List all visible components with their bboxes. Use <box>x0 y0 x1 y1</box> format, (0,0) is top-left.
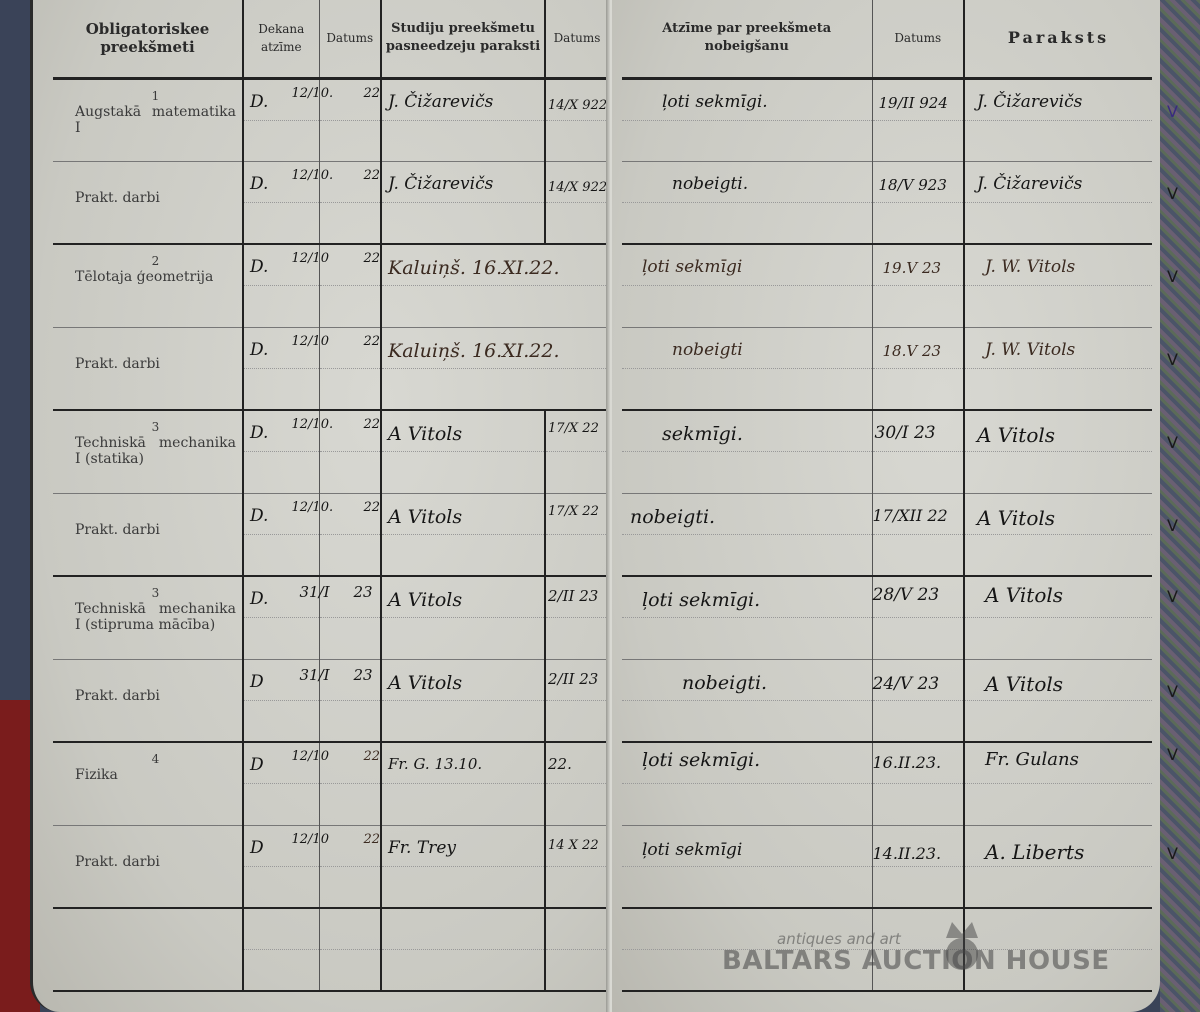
table-row: 3Techniskā mechanika I (statika) D. 12/1… <box>53 410 608 493</box>
dean-mark: D. <box>250 174 268 194</box>
signature-date: 17/X 22 <box>548 421 599 436</box>
signature-date: 14/X 922 <box>548 180 607 195</box>
signature-date: 14 X 22 <box>548 838 599 853</box>
subject-name: Prakt. darbi <box>53 659 243 742</box>
table-row: 4Fizika D 12/1022 Fr. G. 13.10. 22. <box>53 742 608 825</box>
completion-mark: ļoti sekmīgi <box>642 257 742 277</box>
header-date-2: Datums <box>545 0 608 78</box>
checkmark-icon: V <box>1167 844 1178 863</box>
checkmark-icon: V <box>1167 745 1178 764</box>
dean-mark: D. <box>250 340 268 360</box>
completion-mark: ļoti sekmīgi. <box>642 589 760 611</box>
table-row: sekmīgi. 30/I 23 A VitolsV <box>622 410 1152 493</box>
dean-date: 12/10 <box>292 832 329 847</box>
completion-date: 16.II.23. <box>873 753 942 772</box>
teacher-signature: A Vitols <box>388 506 462 528</box>
dean-date: 12/10. <box>292 500 334 515</box>
checkmark-icon: V <box>1167 102 1178 121</box>
completion-date: 18/V 923 <box>879 176 947 194</box>
header-signature: Paraksts <box>964 0 1152 78</box>
table-row: Prakt. darbi D. 12/10.22 J. Čižarevičs 1… <box>53 161 608 244</box>
teacher-signature: A Vitols <box>388 672 462 694</box>
header-date: Datums <box>872 0 964 78</box>
completion-mark: nobeigti. <box>630 506 715 528</box>
subject-name: Techniskā mechanika I (statika) <box>75 435 236 467</box>
checkmark-icon: V <box>1167 184 1178 203</box>
checkmark-icon: V <box>1167 350 1178 369</box>
examiner-signature: A Vitols <box>985 583 1063 607</box>
subject-name: Techniskā mechanika I (stipruma mācība) <box>75 601 236 633</box>
header-subjects: Obligatoriskee preekšmeti <box>53 0 243 78</box>
completion-mark: nobeigti <box>672 340 743 360</box>
auction-house-watermark: antiques and art BALTARS AUCTION HOUSE <box>722 930 1122 976</box>
completion-mark: ļoti sekmīgi <box>642 840 742 860</box>
crown-logo-icon <box>940 916 984 976</box>
subject-name: Augstakā matematika I <box>75 104 236 136</box>
dean-date: 12/10. <box>292 86 334 101</box>
teacher-signature: Kaluiņš. 16.XI.22. <box>388 340 559 362</box>
header-dean-mark: Dekana atzīme <box>243 0 319 78</box>
table-row: ļoti sekmīgi. 16.II.23. Fr. GulansV <box>622 742 1152 825</box>
teacher-signature: A Vitols <box>388 423 462 445</box>
examiner-signature: A Vitols <box>977 423 1055 447</box>
examiner-signature: J. W. Vitols <box>985 257 1075 277</box>
subject-name: Tēlotaja ģeometrija <box>75 269 236 285</box>
teacher-signature: Kaluiņš. 16.XI.22. <box>388 257 559 279</box>
header-completion-mark: Atzīme par preekšmeta nobeigšanu <box>622 0 872 78</box>
table-row: 3Techniskā mechanika I (stipruma mācība)… <box>53 576 608 659</box>
dean-date: 12/10. <box>292 168 334 183</box>
header-teacher-signatures: Studiju preekšmetu pasneedzeju paraksti <box>381 0 545 78</box>
teacher-signature: Fr. G. 13.10. <box>388 755 482 773</box>
examiner-signature: A Vitols <box>985 672 1063 696</box>
table-row: Prakt. darbi D. 12/1022 Kaluiņš. 16.XI.2… <box>53 327 608 410</box>
dean-mark: D <box>250 755 264 775</box>
subject-cell: 1Augstakā matematika I <box>53 78 243 161</box>
subject-name: Prakt. darbi <box>53 161 243 244</box>
table-row: ļoti sekmīgi. 19/II 924 J. ČižarevičsV <box>622 78 1152 161</box>
table-row: ļoti sekmīgi 19.V 23 J. W. VitolsV <box>622 244 1152 327</box>
header-date-1: Datums <box>319 0 381 78</box>
completion-date: 19.V 23 <box>883 259 942 277</box>
completion-date: 30/I 23 <box>875 423 936 443</box>
checkmark-icon: V <box>1167 433 1178 452</box>
table-row: nobeigti 18.V 23 J. W. VitolsV <box>622 327 1152 410</box>
table-row: ļoti sekmīgi 14.II.23. A. LibertsV <box>622 825 1152 908</box>
checkmark-icon: V <box>1167 267 1178 286</box>
background-cloth <box>1160 0 1200 1012</box>
teacher-signature: J. Čižarevičs <box>388 92 493 112</box>
teacher-signature: Fr. Trey <box>388 838 456 858</box>
dean-mark: D. <box>250 423 268 443</box>
checkmark-icon: V <box>1167 587 1178 606</box>
table-row: nobeigti. 24/V 23 A VitolsV <box>622 659 1152 742</box>
examiner-signature: A. Liberts <box>985 840 1084 864</box>
right-completion-table: Atzīme par preekšmeta nobeigšanu Datums … <box>622 0 1152 992</box>
signature-date: 22. <box>548 755 572 773</box>
completion-mark: nobeigti. <box>682 672 767 694</box>
left-page: Obligatoriskee preekšmeti Dekana atzīme … <box>30 0 610 1012</box>
examiner-signature: J. W. Vitols <box>985 340 1075 360</box>
dean-date: 31/I <box>300 666 330 684</box>
table-row: nobeigti. 18/V 923 J. ČižarevičsV <box>622 161 1152 244</box>
examiner-signature: J. Čižarevičs <box>977 92 1082 112</box>
completion-date: 24/V 23 <box>873 674 940 694</box>
dean-mark: D <box>250 672 264 692</box>
right-page: Atzīme par preekšmeta nobeigšanu Datums … <box>612 0 1160 1012</box>
dean-mark: D. <box>250 92 268 112</box>
examiner-signature: A Vitols <box>977 506 1055 530</box>
signature-date: 2/II 23 <box>548 587 598 605</box>
watermark-title: BALTARS AUCTION HOUSE <box>722 946 1122 976</box>
examiner-signature: J. Čižarevičs <box>977 174 1082 194</box>
completion-date: 14.II.23. <box>873 844 942 863</box>
table-row: nobeigti. 17/XII 22 A VitolsV <box>622 493 1152 576</box>
examiner-signature: Fr. Gulans <box>985 749 1079 770</box>
subject-name: Prakt. darbi <box>53 825 243 908</box>
signature-date: 14/X 922 <box>548 98 607 113</box>
signature-date: 2/II 23 <box>548 670 598 688</box>
table-row: Prakt. darbi D 12/1022 Fr. Trey 14 X 22 <box>53 825 608 908</box>
dean-date: 12/10 <box>292 334 329 349</box>
table-row: 2Tēlotaja ģeometrija D. 12/1022 Kaluiņš.… <box>53 244 608 327</box>
subject-cell: 3Techniskā mechanika I (stipruma mācība) <box>53 576 243 659</box>
completion-date: 19/II 924 <box>879 94 948 112</box>
left-header-row: Obligatoriskee preekšmeti Dekana atzīme … <box>53 0 608 78</box>
right-header-row: Atzīme par preekšmeta nobeigšanu Datums … <box>622 0 1152 78</box>
dean-mark: D. <box>250 506 268 526</box>
completion-date: 18.V 23 <box>883 342 942 360</box>
subject-name: Prakt. darbi <box>53 493 243 576</box>
dean-date: 12/10 <box>292 251 329 266</box>
subject-cell: 4Fizika <box>53 742 243 825</box>
signature-date: 17/X 22 <box>548 504 599 519</box>
empty-row <box>53 908 608 991</box>
teacher-signature: A Vitols <box>388 589 462 611</box>
subject-cell: 2Tēlotaja ģeometrija <box>53 244 243 327</box>
completion-mark: sekmīgi. <box>662 423 743 445</box>
checkmark-icon: V <box>1167 682 1178 701</box>
left-grades-table: Obligatoriskee preekšmeti Dekana atzīme … <box>53 0 608 992</box>
subject-cell: 3Techniskā mechanika I (statika) <box>53 410 243 493</box>
table-row: Prakt. darbi D. 12/10.22 A Vitols 17/X 2… <box>53 493 608 576</box>
dean-date: 12/10 <box>292 749 329 764</box>
dean-mark: D <box>250 838 264 858</box>
dean-mark: D. <box>250 589 268 609</box>
subject-name: Fizika <box>75 767 236 783</box>
dean-date: 12/10. <box>292 417 334 432</box>
teacher-signature: J. Čižarevičs <box>388 174 493 194</box>
completion-mark: ļoti sekmīgi. <box>662 92 768 112</box>
completion-date: 28/V 23 <box>873 585 940 605</box>
subject-name: Prakt. darbi <box>53 327 243 410</box>
completion-mark: ļoti sekmīgi. <box>642 749 760 771</box>
completion-mark: nobeigti. <box>672 174 748 194</box>
completion-date: 17/XII 22 <box>873 506 948 525</box>
table-row: ļoti sekmīgi. 28/V 23 A VitolsV <box>622 576 1152 659</box>
checkmark-icon: V <box>1167 516 1178 535</box>
dean-mark: D. <box>250 257 268 277</box>
table-row: 1Augstakā matematika I D. 12/10.22 J. Či… <box>53 78 608 161</box>
table-row: Prakt. darbi D 31/I23 A Vitols 2/II 23 <box>53 659 608 742</box>
dean-date: 31/I <box>300 583 330 601</box>
